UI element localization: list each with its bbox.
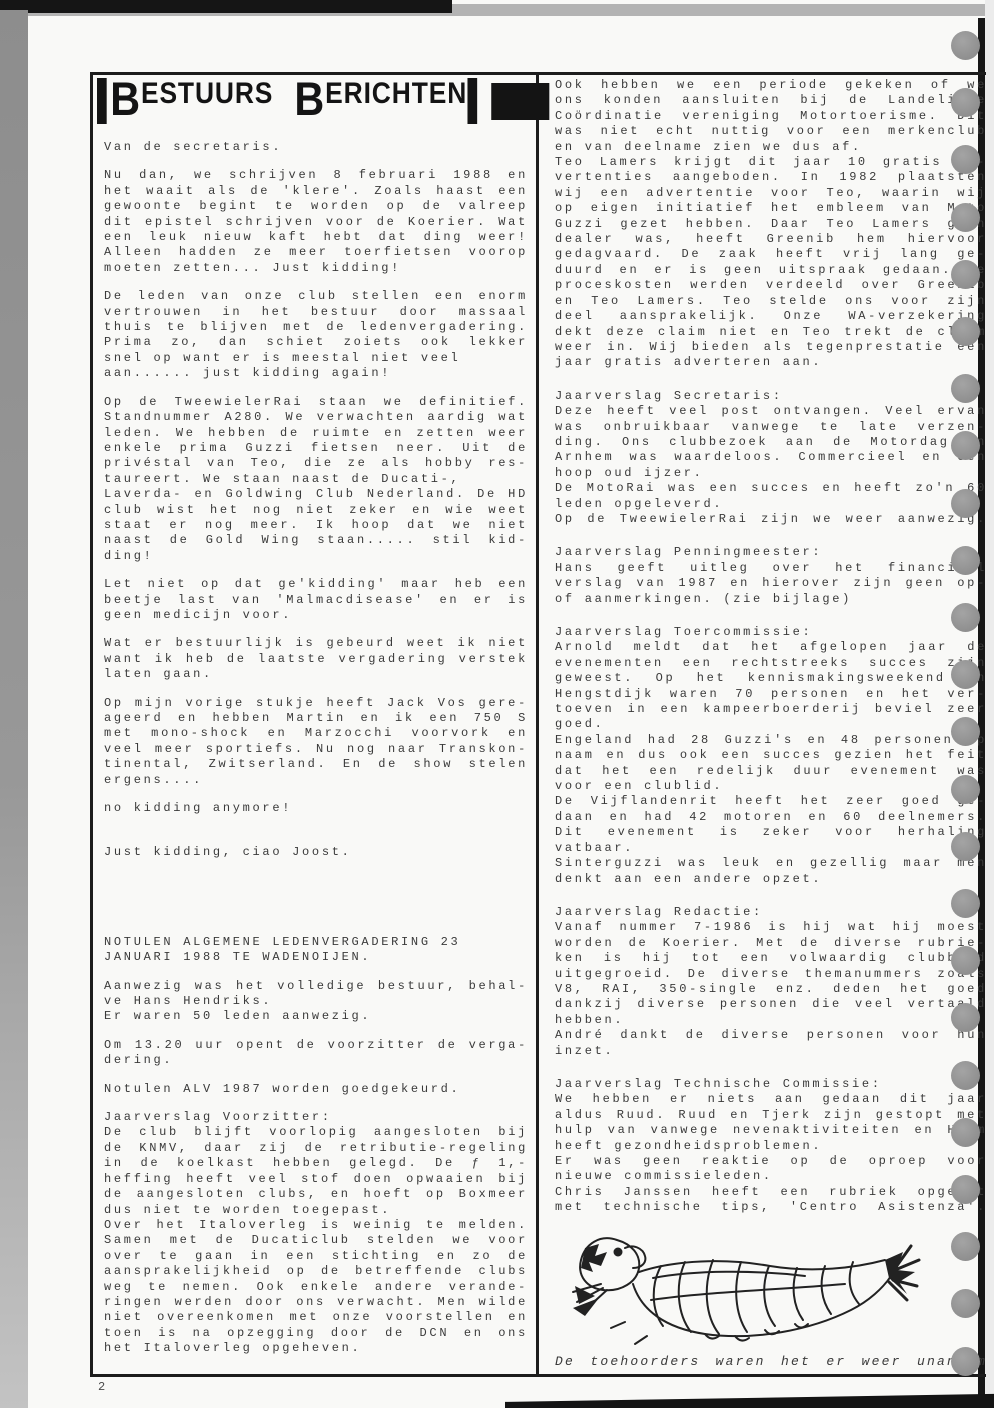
paragraph: no kidding anymore!: [104, 801, 528, 816]
text-line: Deze heeft veel post ontvangen. Veel erv…: [555, 404, 987, 419]
text-line: weer in. Wij bieden als tegenprestatie e…: [555, 340, 987, 355]
text-line: de aangesloten clubs, en hoeft op Boxmee…: [104, 1187, 528, 1202]
punch-hole: [951, 1061, 980, 1090]
paragraph: Jaarverslag Toercommissie:Arnold meldt d…: [555, 625, 987, 887]
text-line: en Teo Lamers. Teo stelde ons voor zijn: [555, 294, 987, 309]
punch-hole: [951, 889, 980, 918]
text-line: dering.: [104, 1053, 528, 1068]
punch-hole: [951, 260, 980, 289]
text-line: toeven in een kampeerboerderij beviel ze…: [555, 702, 987, 717]
masthead-left-bar: [97, 78, 107, 124]
paragraph: Nu dan, we schrijven 8 februari 1988 enh…: [104, 168, 528, 276]
paragraph: De toehoorders waren het er weer unaniem…: [555, 1354, 987, 1372]
scan-edge-top-black: [0, 0, 452, 13]
text-line: Dit evenement is zeker voor herhaling: [555, 825, 987, 840]
text-line: want ik heb de laatste vergadering verst…: [104, 652, 528, 667]
paragraph: Jaarverslag Secretaris:Deze heeft veel p…: [555, 389, 987, 528]
text-line: uitgegroeid. De diverse themanummers zoa…: [555, 967, 987, 982]
paragraph: Just kidding, ciao Joost.: [104, 845, 528, 860]
paragraph: Jaarverslag Redactie:Vanaf nummer 7-1986…: [555, 905, 987, 1059]
punch-hole: [951, 546, 980, 575]
text-line: evenementen een rechtstreeks succes zijn: [555, 656, 987, 671]
text-line: weg te nemen. Ook enkele andere verande-: [104, 1280, 528, 1295]
text-line: dit epistel schrijven voor de Koerier. W…: [104, 215, 528, 230]
text-line: met mono-shock en Marzocchi voorvork en: [104, 726, 528, 741]
punch-hole: [951, 374, 980, 403]
column-divider-rule: [536, 74, 539, 1377]
masthead-title-word-2: ERICHTEN: [325, 79, 467, 109]
text-line: club wist het nog niet zeker en wie weet: [104, 503, 528, 518]
text-line: tinental, Zwitserland. En de show stelen: [104, 757, 528, 772]
text-line: Er was geen reaktie op de oproep voor: [555, 1154, 987, 1169]
paragraph: Notulen ALV 1987 worden goedgekeurd.: [104, 1082, 528, 1097]
text-line: Om 13.20 uur opent de voorzitter de verg…: [104, 1038, 528, 1053]
text-line: Van de secretaris.: [104, 140, 528, 155]
text-line: Let niet op dat ge'kidding' maar heb een: [104, 577, 528, 592]
text-line: De MotoRai was een succes en heeft zo'n …: [555, 481, 987, 496]
text-line: aansprakelijkheid op de betreffende club…: [104, 1264, 528, 1279]
text-line: dat het een redelijk duur evenement was: [555, 764, 987, 779]
paragraph: Op de TweewielerRai staan we definitief.…: [104, 395, 528, 564]
text-line: proceskosten werden verdeeld over Greeni…: [555, 278, 987, 293]
text-line: Jaarverslag Penningmeester:: [555, 545, 987, 560]
masthead-title-word-1: ESTUURS: [141, 79, 273, 109]
punch-hole: [951, 775, 980, 804]
text-line: Er waren 50 leden aanwezig.: [104, 1009, 528, 1024]
punch-hole: [951, 88, 980, 117]
text-line: ve Hans Hendriks.: [104, 994, 528, 1009]
text-line: daan en had 42 motoren en 60 deelnemers.: [555, 810, 987, 825]
text-line: goed.: [555, 717, 987, 732]
text-line: V8, RAI, 350-single enz. deden het goed: [555, 982, 987, 997]
text-line: De toehoorders waren het er weer unaniem: [555, 1354, 987, 1370]
text-line: heeft gezondheidsproblemen.: [555, 1139, 987, 1154]
punch-hole: [951, 660, 980, 689]
right-column: Ook hebben we een periode gekeken of weo…: [555, 78, 987, 1372]
text-line: deel aansprakelijk. Onze WA-verzekering: [555, 309, 987, 324]
scanned-newsletter-page: { "colors": {"paper":"#f9f9f7","ink":"#3…: [0, 0, 994, 1408]
paragraph: Om 13.20 uur opent de voorzitter de verg…: [104, 1038, 528, 1069]
paragraph: Aanwezig was het volledige bestuur, beha…: [104, 979, 528, 1025]
page-number: 2: [98, 1380, 106, 1394]
text-line: of aanmerkingen. (zie bijlage): [555, 592, 987, 607]
text-line: Coördinatie vereniging Motortoerisme. Di…: [555, 109, 987, 124]
text-line: leden. We hebben de ruimte en zetten wee…: [104, 426, 528, 441]
text-line: worden de Koerier. Met de diverse rubrie…: [555, 936, 987, 951]
text-line: Jaarverslag Redactie:: [555, 905, 987, 920]
text-line: no kidding anymore!: [104, 801, 528, 816]
punch-hole: [951, 1175, 980, 1204]
text-line: Jaarverslag Voorzitter:: [104, 1110, 528, 1125]
text-line: duurd en er is geen uitspraak gedaan. De: [555, 263, 987, 278]
text-line: André dankt de diverse personen voor hun: [555, 1028, 987, 1043]
punch-hole: [951, 1347, 980, 1376]
text-line: was niet echt nuttig voor een merkenclub: [555, 124, 987, 139]
text-line: moeten zetten... Just kidding!: [104, 261, 528, 276]
paragraph: De leden van onze club stellen een enorm…: [104, 289, 528, 381]
punch-hole: [951, 1118, 980, 1147]
text-line: JANUARI 1988 TE WADENOIJEN.: [104, 950, 528, 965]
text-line: Wat er bestuurlijk is gebeurd weet ik ni…: [104, 636, 528, 651]
text-line: inzet.: [555, 1044, 987, 1059]
text-line: Nu dan, we schrijven 8 februari 1988 en: [104, 168, 528, 183]
text-line: ergens....: [104, 773, 528, 788]
text-line: naast de Gold Wing staan..... stil kid-: [104, 533, 528, 548]
punch-hole: [951, 603, 980, 632]
punch-hole: [951, 31, 980, 60]
text-line: Sinterguzzi was leuk en gezellig maar me…: [555, 856, 987, 871]
text-line: denkt aan een andere opzet.: [555, 872, 987, 887]
text-line: in de koelkast hebben gelegd. De ƒ 1,-: [104, 1156, 528, 1171]
masthead-title-initial-1: B: [110, 76, 140, 122]
text-line: wij een advertentie voor Teo, waarin wij: [555, 186, 987, 201]
punch-hole: [951, 832, 980, 861]
text-line: Over het Italoverleg is weinig te melden…: [104, 1218, 528, 1233]
text-line: dus niet te worden toegepast.: [104, 1203, 528, 1218]
text-line: en van deelname zien we dus af.: [555, 140, 987, 155]
masthead: B ESTUURS B ERICHTEN: [97, 76, 549, 124]
text-line: Arnold meldt dat het afgelopen jaar de: [555, 640, 987, 655]
text-line: vatbaar.: [555, 841, 987, 856]
masthead-right-bar: [467, 78, 477, 124]
punch-hole: [951, 489, 980, 518]
text-line: jaar gratis adverteren aan.: [555, 355, 987, 370]
text-line: Standnummer A280. We verwachten aardig w…: [104, 410, 528, 425]
text-line: voor een clublid.: [555, 779, 987, 794]
text-line: Hans geeft uitleg over het financieel: [555, 561, 987, 576]
paragraph: Ook hebben we een periode gekeken of weo…: [555, 78, 987, 371]
text-line: Teo Lamers krijgt dit jaar 10 gratis ad-: [555, 155, 987, 170]
punch-hole: [951, 317, 980, 346]
text-line: hulp van vanwege nevenaktiviteiten en Ha…: [555, 1123, 987, 1138]
paragraph: Op mijn vorige stukje heeft Jack Vos ger…: [104, 696, 528, 788]
text-line: dekt deze claim niet en Teo trekt de cla…: [555, 325, 987, 340]
text-line: mee eens.....: [555, 1370, 987, 1372]
text-line: de KNMV, daar zij de retributie-regeling: [104, 1141, 528, 1156]
left-column: Van de secretaris.Nu dan, we schrijven 8…: [104, 140, 528, 1372]
text-line: nieuwe commissieleden.: [555, 1169, 987, 1184]
scan-edge-bottom: [505, 1392, 994, 1408]
text-line: Aanwezig was het volledige bestuur, beha…: [104, 979, 528, 994]
text-line: toen is na opzegging door de DCN en ons: [104, 1326, 528, 1341]
paragraph: Jaarverslag Voorzitter:De club blijft vo…: [104, 1110, 528, 1357]
punch-hole: [951, 203, 980, 232]
text-line: taureert. We staan naast de Ducati-,: [104, 472, 528, 487]
text-line: een leuk nieuw kaft hebt dat ding weer!: [104, 230, 528, 245]
text-line: Laverda- en Goldwing Club Nederland. De …: [104, 487, 528, 502]
text-line: Chris Janssen heeft een rubriek opgezet: [555, 1185, 987, 1200]
text-line: Op mijn vorige stukje heeft Jack Vos ger…: [104, 696, 528, 711]
right-column-text: Ook hebben we een periode gekeken of weo…: [555, 78, 987, 1216]
text-line: geweest. Op het kennismakingsweekend in: [555, 671, 987, 686]
paragraph: Jaarverslag Technische Commissie:We hebb…: [555, 1077, 987, 1216]
text-line: met technische tips, 'Centro Asistenza'.: [555, 1200, 987, 1215]
paragraph: NOTULEN ALGEMENE LEDENVERGADERING 23JANU…: [104, 935, 528, 966]
text-line: Op de TweewielerRai zijn we weer aanwezi…: [555, 512, 987, 527]
text-line: Guzzi gezet hebben. Daar Teo Lamers geen: [555, 217, 987, 232]
text-line: heffing heeft veel stof doen opwaaien bi…: [104, 1172, 528, 1187]
text-line: Jaarverslag Toercommissie:: [555, 625, 987, 640]
text-line: dealer was, heeft Greenib hem hiervoor: [555, 232, 987, 247]
text-line: De Vijflandenrit heeft het zeer goed ge-: [555, 794, 987, 809]
text-line: gewoonte begint te worden op de valreep: [104, 199, 528, 214]
text-line: staat er nog meer. Ik hoop dat we niet: [104, 518, 528, 533]
text-line: over te gaan in een stichting en zo de: [104, 1249, 528, 1264]
text-line: Notulen ALV 1987 worden goedgekeurd.: [104, 1082, 528, 1097]
text-line: beetje last van 'Malmacdisease' en er is: [104, 593, 528, 608]
text-line: Jaarverslag Technische Commissie:: [555, 1077, 987, 1092]
text-line: ageerd en hebben Martin en ik een 750 S: [104, 711, 528, 726]
text-line: ringen werden door ons verwacht. Men wil…: [104, 1295, 528, 1310]
paragraph: Jaarverslag Penningmeester:Hans geeft ui…: [555, 545, 987, 607]
punch-hole: [951, 1232, 980, 1261]
text-line: NOTULEN ALGEMENE LEDENVERGADERING 23: [104, 935, 528, 950]
text-line: Alleen hadden ze meer toerfietsen voorop: [104, 245, 528, 260]
punch-hole: [951, 946, 980, 975]
text-line: privéstal van Teo, die ze als hobby res-: [104, 456, 528, 471]
cartoon-box: [555, 1226, 987, 1354]
text-line: leden opgeleverd.: [555, 497, 987, 512]
text-line: ding!: [104, 549, 528, 564]
text-line: De club blijft voorlopig aangesloten bij: [104, 1125, 528, 1140]
masthead-title-initial-2: B: [294, 76, 324, 122]
text-line: laten gaan.: [104, 667, 528, 682]
text-line: verslag van 1987 en hierover zijn geen o…: [555, 576, 987, 591]
paragraph: Let niet op dat ge'kidding' maar heb een…: [104, 577, 528, 623]
text-line: Prima zo, dan schiet zoiets ook lekker: [104, 335, 528, 350]
text-line: aldus Ruud. Ruud en Tjerk zijn gestopt m…: [555, 1108, 987, 1123]
paragraph: Wat er bestuurlijk is gebeurd weet ik ni…: [104, 636, 528, 682]
text-line: De leden van onze club stellen een enorm: [104, 289, 528, 304]
trussed-caterpillar-cartoon-illustration: [555, 1226, 925, 1354]
text-line: vertrouwen in het bestuur door massaal: [104, 305, 528, 320]
masthead-black-block: [491, 83, 549, 120]
text-line: hebben.: [555, 1013, 987, 1028]
text-line: Samen met de Ducaticlub stelden we voor: [104, 1233, 528, 1248]
text-line: gedagvaard. De zaak heeft vrij lang ge-: [555, 247, 987, 262]
text-line: Op de TweewielerRai staan we definitief.: [104, 395, 528, 410]
text-line: Hengstdijk waren 70 personen en het ver-: [555, 687, 987, 702]
cartoon-caption: De toehoorders waren het er weer unaniem…: [555, 1354, 987, 1372]
text-line: Jaarverslag Secretaris:: [555, 389, 987, 404]
text-line: ken is hij tot een volwaardig clubblad: [555, 951, 987, 966]
text-line: vertenties aangeboden. In 1982 plaatsten: [555, 170, 987, 185]
text-line: het waait als de 'klere'. Zoals haast ee…: [104, 184, 528, 199]
text-line: hoop oud ijzer.: [555, 466, 987, 481]
text-line: We hebben er niets aan gedaan dit jaar: [555, 1092, 987, 1107]
text-line: Vanaf nummer 7-1986 is hij wat hij moest: [555, 920, 987, 935]
text-line: Engeland had 28 Guzzi's en 48 personen o…: [555, 733, 987, 748]
text-line: naam en dus ook een succes gezien het fe…: [555, 748, 987, 763]
text-line: ons konden aansluiten bij de Landelijke: [555, 93, 987, 108]
text-line: ding. Ons clubbezoek aan de Motordag in: [555, 435, 987, 450]
text-line: niet overeenkomen met onze voorstellen e…: [104, 1310, 528, 1325]
text-line: op eigen initiatief het embleem van Moto: [555, 201, 987, 216]
text-line: Just kidding, ciao Joost.: [104, 845, 528, 860]
text-line: snel op want er is meestal niet veel: [104, 351, 528, 366]
text-line: was onbruikbaar vanwege te late verzen-: [555, 420, 987, 435]
text-line: het Italoverleg opgeheven.: [104, 1341, 528, 1356]
text-line: veel meer sportiefs. Nu nog naar Transko…: [104, 742, 528, 757]
text-line: enkele prima Guzzi fietsen neer. Uit de: [104, 441, 528, 456]
text-line: Arnhem was waardeloos. Commercieel en ee…: [555, 450, 987, 465]
text-line: thuis te blijven met de ledenvergadering…: [104, 320, 528, 335]
text-line: aan...... just kidding again!: [104, 366, 528, 381]
scan-edge-left: [0, 10, 28, 1408]
text-line: geen medicijn voor.: [104, 608, 528, 623]
paragraph: Van de secretaris.: [104, 140, 528, 155]
text-line: Ook hebben we een periode gekeken of we: [555, 78, 987, 93]
text-line: dankzij diverse personen die veel vertaa…: [555, 997, 987, 1012]
